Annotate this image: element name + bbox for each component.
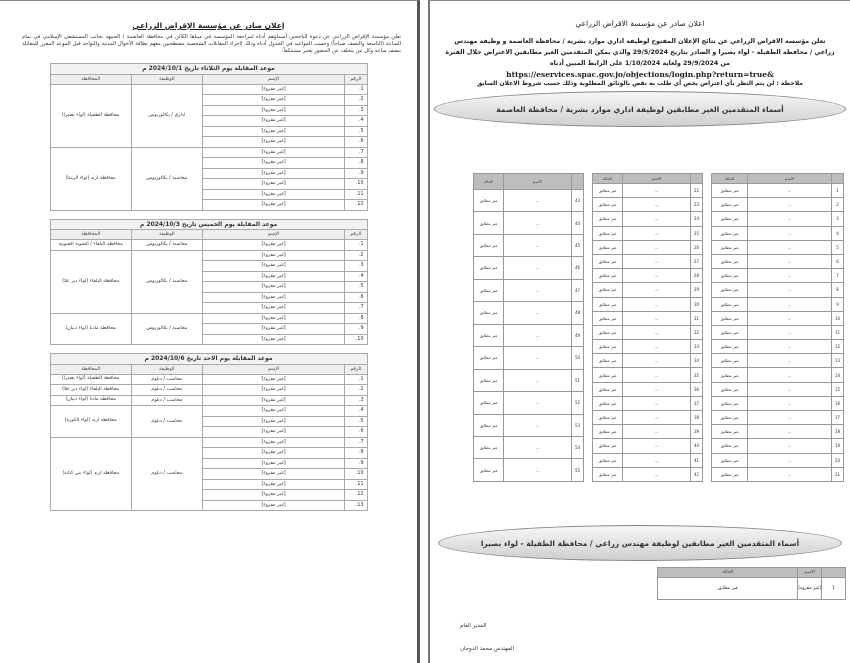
row-num: 50 xyxy=(572,347,584,369)
table-row: 7…غير مطابق xyxy=(712,269,844,283)
table-row: 5…غير مطابق xyxy=(712,240,844,254)
row-num: 24 xyxy=(691,212,703,226)
signature-title: المدير العام xyxy=(460,623,487,629)
table-row: 4.[غير مقروء]محاسب / دبلوممحافظة اربد (ل… xyxy=(50,406,367,417)
row-num: 6. xyxy=(345,292,367,303)
row-num: 1 xyxy=(822,578,846,600)
row-status: غير مطابق xyxy=(474,414,504,436)
row-name: … xyxy=(623,283,691,297)
row-status: غير مطابق xyxy=(474,324,504,346)
signature-name: المهندس محمد الدوجان xyxy=(460,646,514,652)
row-num: 2. xyxy=(345,385,367,396)
row-name: [غير مقروء] xyxy=(202,250,344,261)
row-name: [غير مقروء] xyxy=(202,240,344,251)
row-name: [غير مقروء] xyxy=(202,324,344,335)
row-num: 4. xyxy=(345,116,367,127)
row-num: 35 xyxy=(691,368,703,382)
table-row: 8.[غير مقروء]محاسبة / بكالوريوسمحافظة ما… xyxy=(50,313,367,324)
row-name: … xyxy=(504,279,572,301)
table-row: 33…غير مطابق xyxy=(593,340,703,354)
agri-engineer-table: الاسم الحالة 1 [غير مقروء] غير مطابق xyxy=(657,567,846,600)
row-name: … xyxy=(748,325,832,339)
row-name: … xyxy=(623,368,691,382)
row-gov: محافظة الطفيلة (لواء بصيرا) xyxy=(50,84,131,147)
row-num: 12. xyxy=(345,490,367,501)
row-name: … xyxy=(623,269,691,283)
row-num: 3. xyxy=(345,261,367,272)
row-status: غير مطابق xyxy=(712,254,748,268)
table-row: 1…غير مطابق xyxy=(712,184,844,198)
row-num: 18 xyxy=(832,425,844,439)
row-status: غير مطابق xyxy=(474,279,504,301)
row-name: [غير مقروء] xyxy=(202,416,344,427)
row-status: غير مطابق xyxy=(712,184,748,198)
row-name: [غير مقروء] xyxy=(202,490,344,501)
header-num: الرقم xyxy=(345,230,367,240)
row-num: 10 xyxy=(832,311,844,325)
row-num: 3. xyxy=(345,105,367,116)
row-num: 13 xyxy=(832,354,844,368)
row-num: 9 xyxy=(832,297,844,311)
table-row: 6…غير مطابق xyxy=(712,254,844,268)
row-num: 4 xyxy=(832,226,844,240)
row-num: 46 xyxy=(572,257,584,279)
row-name: [غير مقروء] xyxy=(202,458,344,469)
row-name: … xyxy=(748,411,832,425)
row-num: 39 xyxy=(691,425,703,439)
row-name: … xyxy=(748,439,832,453)
objections-link[interactable]: https://eservices.spac.gov.jo/objections… xyxy=(430,70,850,79)
row-status: غير مطابق xyxy=(712,425,748,439)
row-status: غير مطابق xyxy=(593,184,623,198)
row-name: … xyxy=(748,269,832,283)
table-row: 26…غير مطابق xyxy=(593,240,703,254)
table-row: 51…غير مطابق xyxy=(474,369,584,391)
row-name: … xyxy=(504,234,572,256)
table-row: 2.[غير مقروء]محاسب / دبلوممحافظة البلقاء… xyxy=(50,385,367,396)
table-row: 28…غير مطابق xyxy=(593,269,703,283)
nonmatching-column2: الاسمالحالة22…غير مطابق23…غير مطابق24…غي… xyxy=(592,173,703,482)
table-row: 34…غير مطابق xyxy=(593,354,703,368)
schedule-table: موعد المقابلة يوم الثلاثاء تاريخ 2024/10… xyxy=(50,63,368,211)
row-name: … xyxy=(504,302,572,324)
table-row: 35…غير مطابق xyxy=(593,368,703,382)
row-status: غير مطابق xyxy=(712,240,748,254)
col-header-status: الحالة xyxy=(593,174,623,184)
row-num: 21 xyxy=(832,467,844,481)
row-name: … xyxy=(748,311,832,325)
row-num: 6. xyxy=(345,137,367,148)
row-num: 13. xyxy=(345,500,367,511)
row-status: غير مطابق xyxy=(474,212,504,234)
row-num: 54 xyxy=(572,436,584,458)
row-num: 44 xyxy=(572,212,584,234)
row-status: غير مطابق xyxy=(593,354,623,368)
row-num: 33 xyxy=(691,340,703,354)
row-job: محاسب / دبلوم xyxy=(131,395,202,406)
row-name: [غير مقروء] xyxy=(202,179,344,190)
row-num: 55 xyxy=(572,459,584,481)
interview-schedule-page: إعلان صادر عن مؤسسة الإقراض الزراعي تعلن… xyxy=(0,0,420,663)
row-num: 6. xyxy=(345,427,367,438)
row-status: غير مطابق xyxy=(712,439,748,453)
row-name: … xyxy=(748,354,832,368)
row-name: [غير مقروء] xyxy=(202,105,344,116)
table-row: 31…غير مطابق xyxy=(593,311,703,325)
row-num: 27 xyxy=(691,254,703,268)
row-status: غير مطابق xyxy=(474,257,504,279)
row-name: … xyxy=(623,354,691,368)
table-row: 52…غير مطابق xyxy=(474,392,584,414)
table-row: 21…غير مطابق xyxy=(712,467,844,481)
row-job: محاسبة / بكالوريوس xyxy=(131,250,202,313)
table-row: 54…غير مطابق xyxy=(474,436,584,458)
row-name: [غير مقروء] xyxy=(202,189,344,200)
header-name: الإسم xyxy=(202,74,344,84)
row-status: غير مطابق xyxy=(474,234,504,256)
row-name: … xyxy=(504,257,572,279)
col-header-status: الحالة xyxy=(474,174,504,190)
left-page-title: إعلان صادر عن مؤسسة الإقراض الزراعي xyxy=(0,21,417,30)
row-name: … xyxy=(748,396,832,410)
row-name: … xyxy=(748,467,832,481)
row-num: 7. xyxy=(345,303,367,314)
row-num: 10. xyxy=(345,334,367,345)
schedule-title: موعد المقابلة يوم الخميس تاريخ 2024/10/3… xyxy=(50,219,367,230)
table-row: 36…غير مطابق xyxy=(593,382,703,396)
row-num: 8. xyxy=(345,158,367,169)
row-status: غير مطابق xyxy=(712,382,748,396)
row-name: [غير مقروء] xyxy=(202,303,344,314)
row-name: … xyxy=(623,425,691,439)
row-name: … xyxy=(623,198,691,212)
row-name: [غير مقروء] xyxy=(202,427,344,438)
row-job: محاسب / دبلوم xyxy=(131,385,202,396)
row-num: 36 xyxy=(691,382,703,396)
row-name: … xyxy=(623,396,691,410)
row-status: غير مطابق xyxy=(474,436,504,458)
row-num: 8. xyxy=(345,448,367,459)
row-name: [غير مقروء] xyxy=(202,116,344,127)
table-row: 55…غير مطابق xyxy=(474,459,584,481)
row-name: … xyxy=(623,184,691,198)
header-job: الوظيفة xyxy=(131,364,202,374)
row-status: غير مطابق xyxy=(474,347,504,369)
table-row: 46…غير مطابق xyxy=(474,257,584,279)
row-num: 43 xyxy=(572,189,584,211)
row-num: 25 xyxy=(691,226,703,240)
row-status: غير مطابق xyxy=(474,189,504,211)
row-num: 52 xyxy=(572,392,584,414)
row-name: … xyxy=(504,347,572,369)
row-name: … xyxy=(623,439,691,453)
row-name: … xyxy=(748,340,832,354)
table-row: 3.[غير مقروء]محاسب / دبلوممحافظة مادبا (… xyxy=(50,395,367,406)
row-status: غير مطابق xyxy=(712,283,748,297)
schedule-title: موعد المقابلة يوم الثلاثاء تاريخ 2024/10… xyxy=(50,64,367,75)
table-row: 1.[غير مقروء]اداري / بكالوريوسمحافظة الط… xyxy=(50,84,367,95)
row-name: [غير مقروء] xyxy=(202,448,344,459)
row-num: 32 xyxy=(691,325,703,339)
row-status: غير مطابق xyxy=(712,354,748,368)
row-name: … xyxy=(623,325,691,339)
row-name: … xyxy=(748,368,832,382)
row-name: … xyxy=(748,382,832,396)
nonmatching-column1: الاسمالحالة1…غير مطابق2…غير مطابق3…غير م… xyxy=(711,173,844,482)
table-row: 47…غير مطابق xyxy=(474,279,584,301)
header-gov: المحافظة xyxy=(50,364,131,374)
row-num: 2. xyxy=(345,95,367,106)
table-row: 14…غير مطابق xyxy=(712,368,844,382)
row-status: غير مطابق xyxy=(593,340,623,354)
row-num: 9. xyxy=(345,168,367,179)
row-gov: محافظة اربد (لواء بني كنانة) xyxy=(50,437,131,511)
row-num: 2. xyxy=(345,250,367,261)
row-num: 11. xyxy=(345,479,367,490)
row-num: 29 xyxy=(691,283,703,297)
row-name: … xyxy=(623,340,691,354)
right-page-title: اعلان صادر عن مؤسسة الاقراض الزراعي xyxy=(430,19,850,28)
schedule-title: موعد المقابلة يوم الاحد تاريخ 2024/10/6 … xyxy=(50,354,367,365)
table-row: 11…غير مطابق xyxy=(712,325,844,339)
table-row: 24…غير مطابق xyxy=(593,212,703,226)
row-num: 12 xyxy=(832,340,844,354)
col-header-num xyxy=(832,174,844,184)
table-row: 38…غير مطابق xyxy=(593,411,703,425)
row-status: غير مطابق xyxy=(593,254,623,268)
row-status: غير مطابق xyxy=(712,411,748,425)
row-job: محاسب / دبلوم xyxy=(131,437,202,511)
row-num: 1. xyxy=(345,240,367,251)
row-num: 1 xyxy=(832,184,844,198)
row-name: … xyxy=(748,297,832,311)
table-row: 48…غير مطابق xyxy=(474,302,584,324)
row-status: غير مطابق xyxy=(712,269,748,283)
row-num: 7. xyxy=(345,147,367,158)
row-status: غير مطابق xyxy=(712,212,748,226)
row-status: غير مطابق xyxy=(712,340,748,354)
row-num: 2 xyxy=(832,198,844,212)
row-name: [غير مقروء] xyxy=(202,282,344,293)
row-job: محاسبة / بكالوريوس xyxy=(131,313,202,345)
row-name: … xyxy=(504,436,572,458)
row-name: [غير مقروء] xyxy=(202,168,344,179)
header-job: الوظيفة xyxy=(131,74,202,84)
row-num: 6 xyxy=(832,254,844,268)
objections-results-page: اعلان صادر عن مؤسسة الاقراض الزراعي تعلن… xyxy=(428,0,850,663)
row-status: غير مطابق xyxy=(712,311,748,325)
table-row: 49…غير مطابق xyxy=(474,324,584,346)
row-status: غير مطابق xyxy=(712,368,748,382)
table-row: 20…غير مطابق xyxy=(712,453,844,467)
row-name: [غير مقروء] xyxy=(798,578,822,600)
row-gov: محافظة اربد (لواء الكورة) xyxy=(50,406,131,438)
row-name: [غير مقروء] xyxy=(202,374,344,385)
row-gov: محافظة البلقاء (لواء دير علا) xyxy=(50,385,131,396)
row-num: 17 xyxy=(832,411,844,425)
row-status: غير مطابق xyxy=(593,396,623,410)
header-gov: المحافظة xyxy=(50,74,131,84)
row-num: 11 xyxy=(832,325,844,339)
header-name: الإسم xyxy=(202,364,344,374)
row-job: محاسب / دبلوم xyxy=(131,406,202,438)
row-status: غير مطابق xyxy=(474,459,504,481)
table-row: 42…غير مطابق xyxy=(593,467,703,481)
col-header-status: الحالة xyxy=(658,568,798,578)
row-num: 22 xyxy=(691,184,703,198)
header-name: الإسم xyxy=(202,230,344,240)
row-name: … xyxy=(623,453,691,467)
row-num: 47 xyxy=(572,279,584,301)
row-gov: محافظة مادبا (لواء ذيبان) xyxy=(50,395,131,406)
table-row: 43…غير مطابق xyxy=(474,189,584,211)
row-num: 26 xyxy=(691,240,703,254)
row-name: [غير مقروء] xyxy=(202,334,344,345)
row-status: غير مطابق xyxy=(593,212,623,226)
table-row: 15…غير مطابق xyxy=(712,382,844,396)
row-status: غير مطابق xyxy=(593,382,623,396)
row-status: غير مطابق xyxy=(593,439,623,453)
row-status: غير مطابق xyxy=(593,467,623,481)
table-row: 27…غير مطابق xyxy=(593,254,703,268)
col-header-name: الاسم xyxy=(504,174,572,190)
row-name: … xyxy=(623,411,691,425)
row-name: … xyxy=(748,212,832,226)
row-job: اداري / بكالوريوس xyxy=(131,84,202,147)
table-row: 37…غير مطابق xyxy=(593,396,703,410)
table-row: 16…غير مطابق xyxy=(712,396,844,410)
table-row: 12…غير مطابق xyxy=(712,340,844,354)
row-num: 49 xyxy=(572,324,584,346)
table-row: 50…غير مطابق xyxy=(474,347,584,369)
row-name: [غير مقروء] xyxy=(202,137,344,148)
row-name: [غير مقروء] xyxy=(202,200,344,211)
row-num: 42 xyxy=(691,467,703,481)
row-name: [غير مقروء] xyxy=(202,500,344,511)
row-status: غير مطابق xyxy=(593,368,623,382)
table-row: 9…غير مطابق xyxy=(712,297,844,311)
table-row: 41…غير مطابق xyxy=(593,453,703,467)
table-row: 45…غير مطابق xyxy=(474,234,584,256)
row-name: [غير مقروء] xyxy=(202,95,344,106)
row-num: 8. xyxy=(345,313,367,324)
row-name: … xyxy=(748,184,832,198)
row-name: … xyxy=(623,297,691,311)
row-name: [غير مقروء] xyxy=(202,158,344,169)
row-name: … xyxy=(623,254,691,268)
col-header-num xyxy=(691,174,703,184)
row-name: … xyxy=(623,467,691,481)
row-num: 1. xyxy=(345,84,367,95)
row-name: … xyxy=(623,240,691,254)
row-num: 20 xyxy=(832,453,844,467)
col-header-name: الاسم xyxy=(623,174,691,184)
row-name: … xyxy=(623,311,691,325)
row-num: 19 xyxy=(832,439,844,453)
col-header-num xyxy=(572,174,584,190)
schedule-tables: موعد المقابلة يوم الثلاثاء تاريخ 2024/10… xyxy=(0,63,417,511)
table-row: 2…غير مطابق xyxy=(712,198,844,212)
row-num: 5. xyxy=(345,126,367,137)
row-num: 5. xyxy=(345,282,367,293)
row-gov: محافظة البلقاء (لواء دير علا) xyxy=(50,250,131,313)
col-header-name: الاسم xyxy=(748,174,832,184)
nonmatching-column3: الاسمالحالة43…غير مطابق44…غير مطابق45…غي… xyxy=(473,173,584,482)
row-status: غير مطابق xyxy=(593,240,623,254)
row-name: … xyxy=(504,324,572,346)
table-row: 44…غير مطابق xyxy=(474,212,584,234)
row-name: [غير مقروء] xyxy=(202,469,344,480)
row-num: 16 xyxy=(832,396,844,410)
row-num: 1. xyxy=(345,374,367,385)
nonmatching-columns: الاسمالحالة1…غير مطابق2…غير مطابق3…غير م… xyxy=(436,173,844,482)
row-name: [غير مقروء] xyxy=(202,313,344,324)
col-header-num xyxy=(822,568,846,578)
row-num: 5. xyxy=(345,416,367,427)
table-row: 30…غير مطابق xyxy=(593,297,703,311)
row-name: … xyxy=(504,459,572,481)
row-gov: محافظة مادبا (لواء ذيبان) xyxy=(50,313,131,345)
table-row: 8…غير مطابق xyxy=(712,283,844,297)
row-name: … xyxy=(504,414,572,436)
table-row: 4…غير مطابق xyxy=(712,226,844,240)
row-status: غير مطابق xyxy=(474,302,504,324)
left-page-intro: تعلن مؤسسة الإقراض الزراعي عن دعوة الناج… xyxy=(0,30,417,55)
header-gov: المحافظة xyxy=(50,230,131,240)
row-num: 51 xyxy=(572,369,584,391)
table-row: 23…غير مطابق xyxy=(593,198,703,212)
row-name: … xyxy=(504,392,572,414)
row-num: 3 xyxy=(832,212,844,226)
row-status: غير مطابق xyxy=(593,283,623,297)
schedule-table: موعد المقابلة يوم الخميس تاريخ 2024/10/3… xyxy=(50,219,368,346)
row-status: غير مطابق xyxy=(593,269,623,283)
row-num: 41 xyxy=(691,453,703,467)
row-status: غير مطابق xyxy=(712,198,748,212)
header-num: الرقم xyxy=(345,364,367,374)
row-name: … xyxy=(623,226,691,240)
table-row: 1.[غير مقروء]محاسبة / بكالوريوسمحافظة ال… xyxy=(50,240,367,251)
row-status: غير مطابق xyxy=(593,453,623,467)
row-num: 4. xyxy=(345,271,367,282)
row-name: [غير مقروء] xyxy=(202,385,344,396)
col-header-status: الحالة xyxy=(712,174,748,184)
row-name: … xyxy=(748,283,832,297)
row-num: 14 xyxy=(832,368,844,382)
row-status: غير مطابق xyxy=(712,226,748,240)
row-num: 9. xyxy=(345,324,367,335)
header-num: الرقم xyxy=(345,74,367,84)
row-name: … xyxy=(748,240,832,254)
table-row: 13…غير مطابق xyxy=(712,354,844,368)
row-name: [غير مقروء] xyxy=(202,147,344,158)
row-name: [غير مقروء] xyxy=(202,406,344,417)
table-row: 18…غير مطابق xyxy=(712,425,844,439)
row-status: غير مطابق xyxy=(474,392,504,414)
table-row: 10…غير مطابق xyxy=(712,311,844,325)
row-status: غير مطابق xyxy=(712,297,748,311)
col-header-name: الاسم xyxy=(798,568,822,578)
row-num: 11. xyxy=(345,189,367,200)
row-num: 4. xyxy=(345,406,367,417)
row-num: 10. xyxy=(345,469,367,480)
row-status: غير مطابق xyxy=(593,297,623,311)
row-num: 38 xyxy=(691,411,703,425)
table-row: 3…غير مطابق xyxy=(712,212,844,226)
row-name: … xyxy=(748,226,832,240)
row-status: غير مطابق xyxy=(712,467,748,481)
row-num: 7. xyxy=(345,437,367,448)
